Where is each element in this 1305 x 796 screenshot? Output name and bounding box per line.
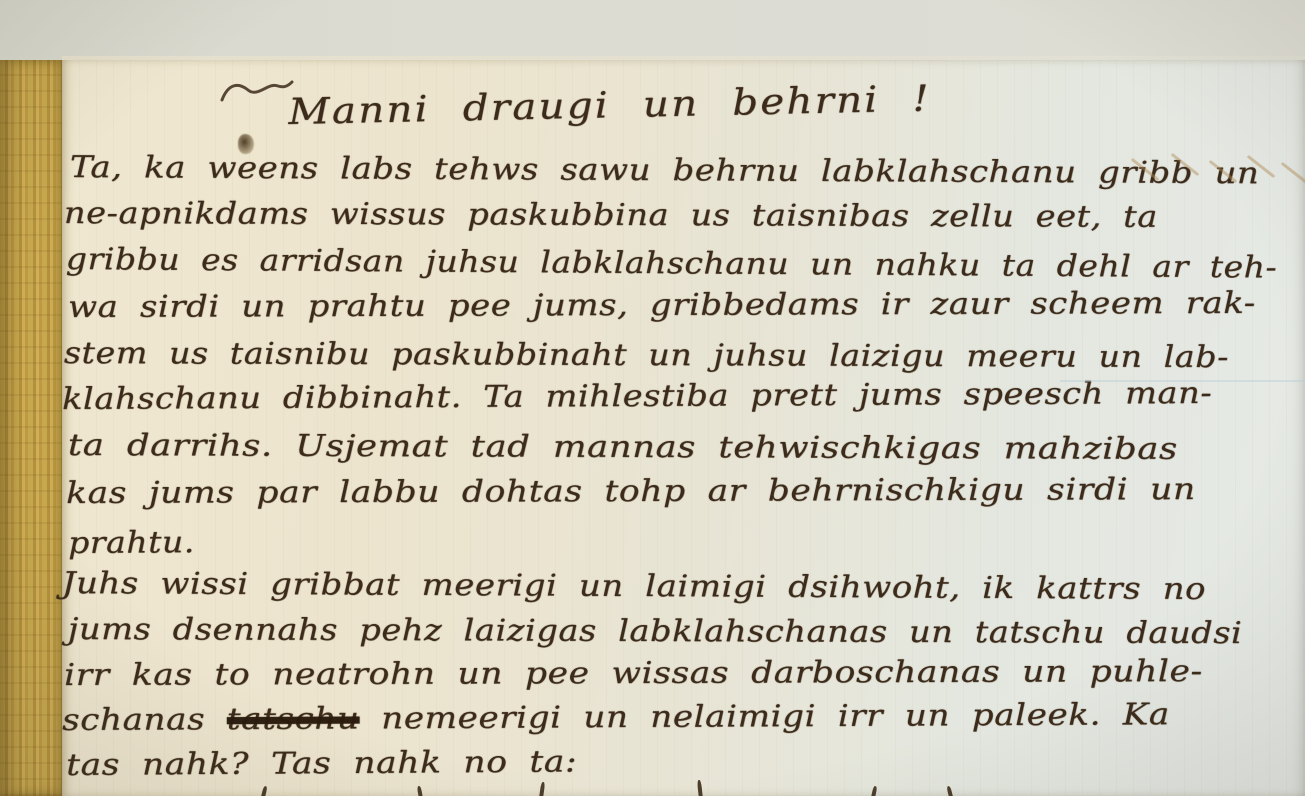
manuscript-line: Juhs wissi gribbat meerigi un laimigi ds… — [62, 566, 1206, 607]
struck-out-word: tatschu — [227, 701, 360, 737]
manuscript-line-with-strikethrough: schanas tatschu nemeerigi un nelaimigi i… — [62, 697, 1170, 738]
manuscript-final-line: tas nahk? Tas nahk no ta: — [66, 744, 577, 783]
manuscript-line: prahtu. — [68, 525, 195, 561]
heading-flourish-mark — [218, 76, 296, 114]
manuscript-line: irr kas to neatrohn un pee wissas darbos… — [64, 654, 1203, 693]
strike-line-pre: schanas — [62, 702, 227, 738]
strike-line-post: nemeerigi un nelaimigi irr un paleek. Ka — [359, 697, 1169, 736]
laid-paper-blue-line — [1060, 380, 1305, 382]
top-margin-band — [0, 0, 1305, 63]
manuscript-photo: Manni draugi un behrni ! Ta, ka weens la… — [0, 0, 1305, 796]
manuscript-line: wa sirdi un prahtu pee jums, gribbedams … — [68, 286, 1256, 325]
manuscript-line: jums dsennahs pehz laizigas labklahschan… — [68, 612, 1243, 651]
manuscript-line: ne-apnikdams wissus paskubbina us taisni… — [64, 196, 1158, 235]
gold-fabric-spine — [0, 60, 64, 796]
manuscript-line: stem us taisnibu paskubbinaht un juhsu l… — [64, 336, 1229, 375]
manuscript-line: Ta, ka weens labs tehws sawu behrnu labk… — [70, 150, 1260, 191]
manuscript-line: kas jums par labbu dohtas tohp ar behrni… — [66, 472, 1196, 511]
manuscript-line: klahschanu dibbinaht. Ta mihlestiba pret… — [62, 376, 1212, 417]
manuscript-line: ta darrihs. Usjemat tad mannas tehwischk… — [68, 428, 1178, 467]
